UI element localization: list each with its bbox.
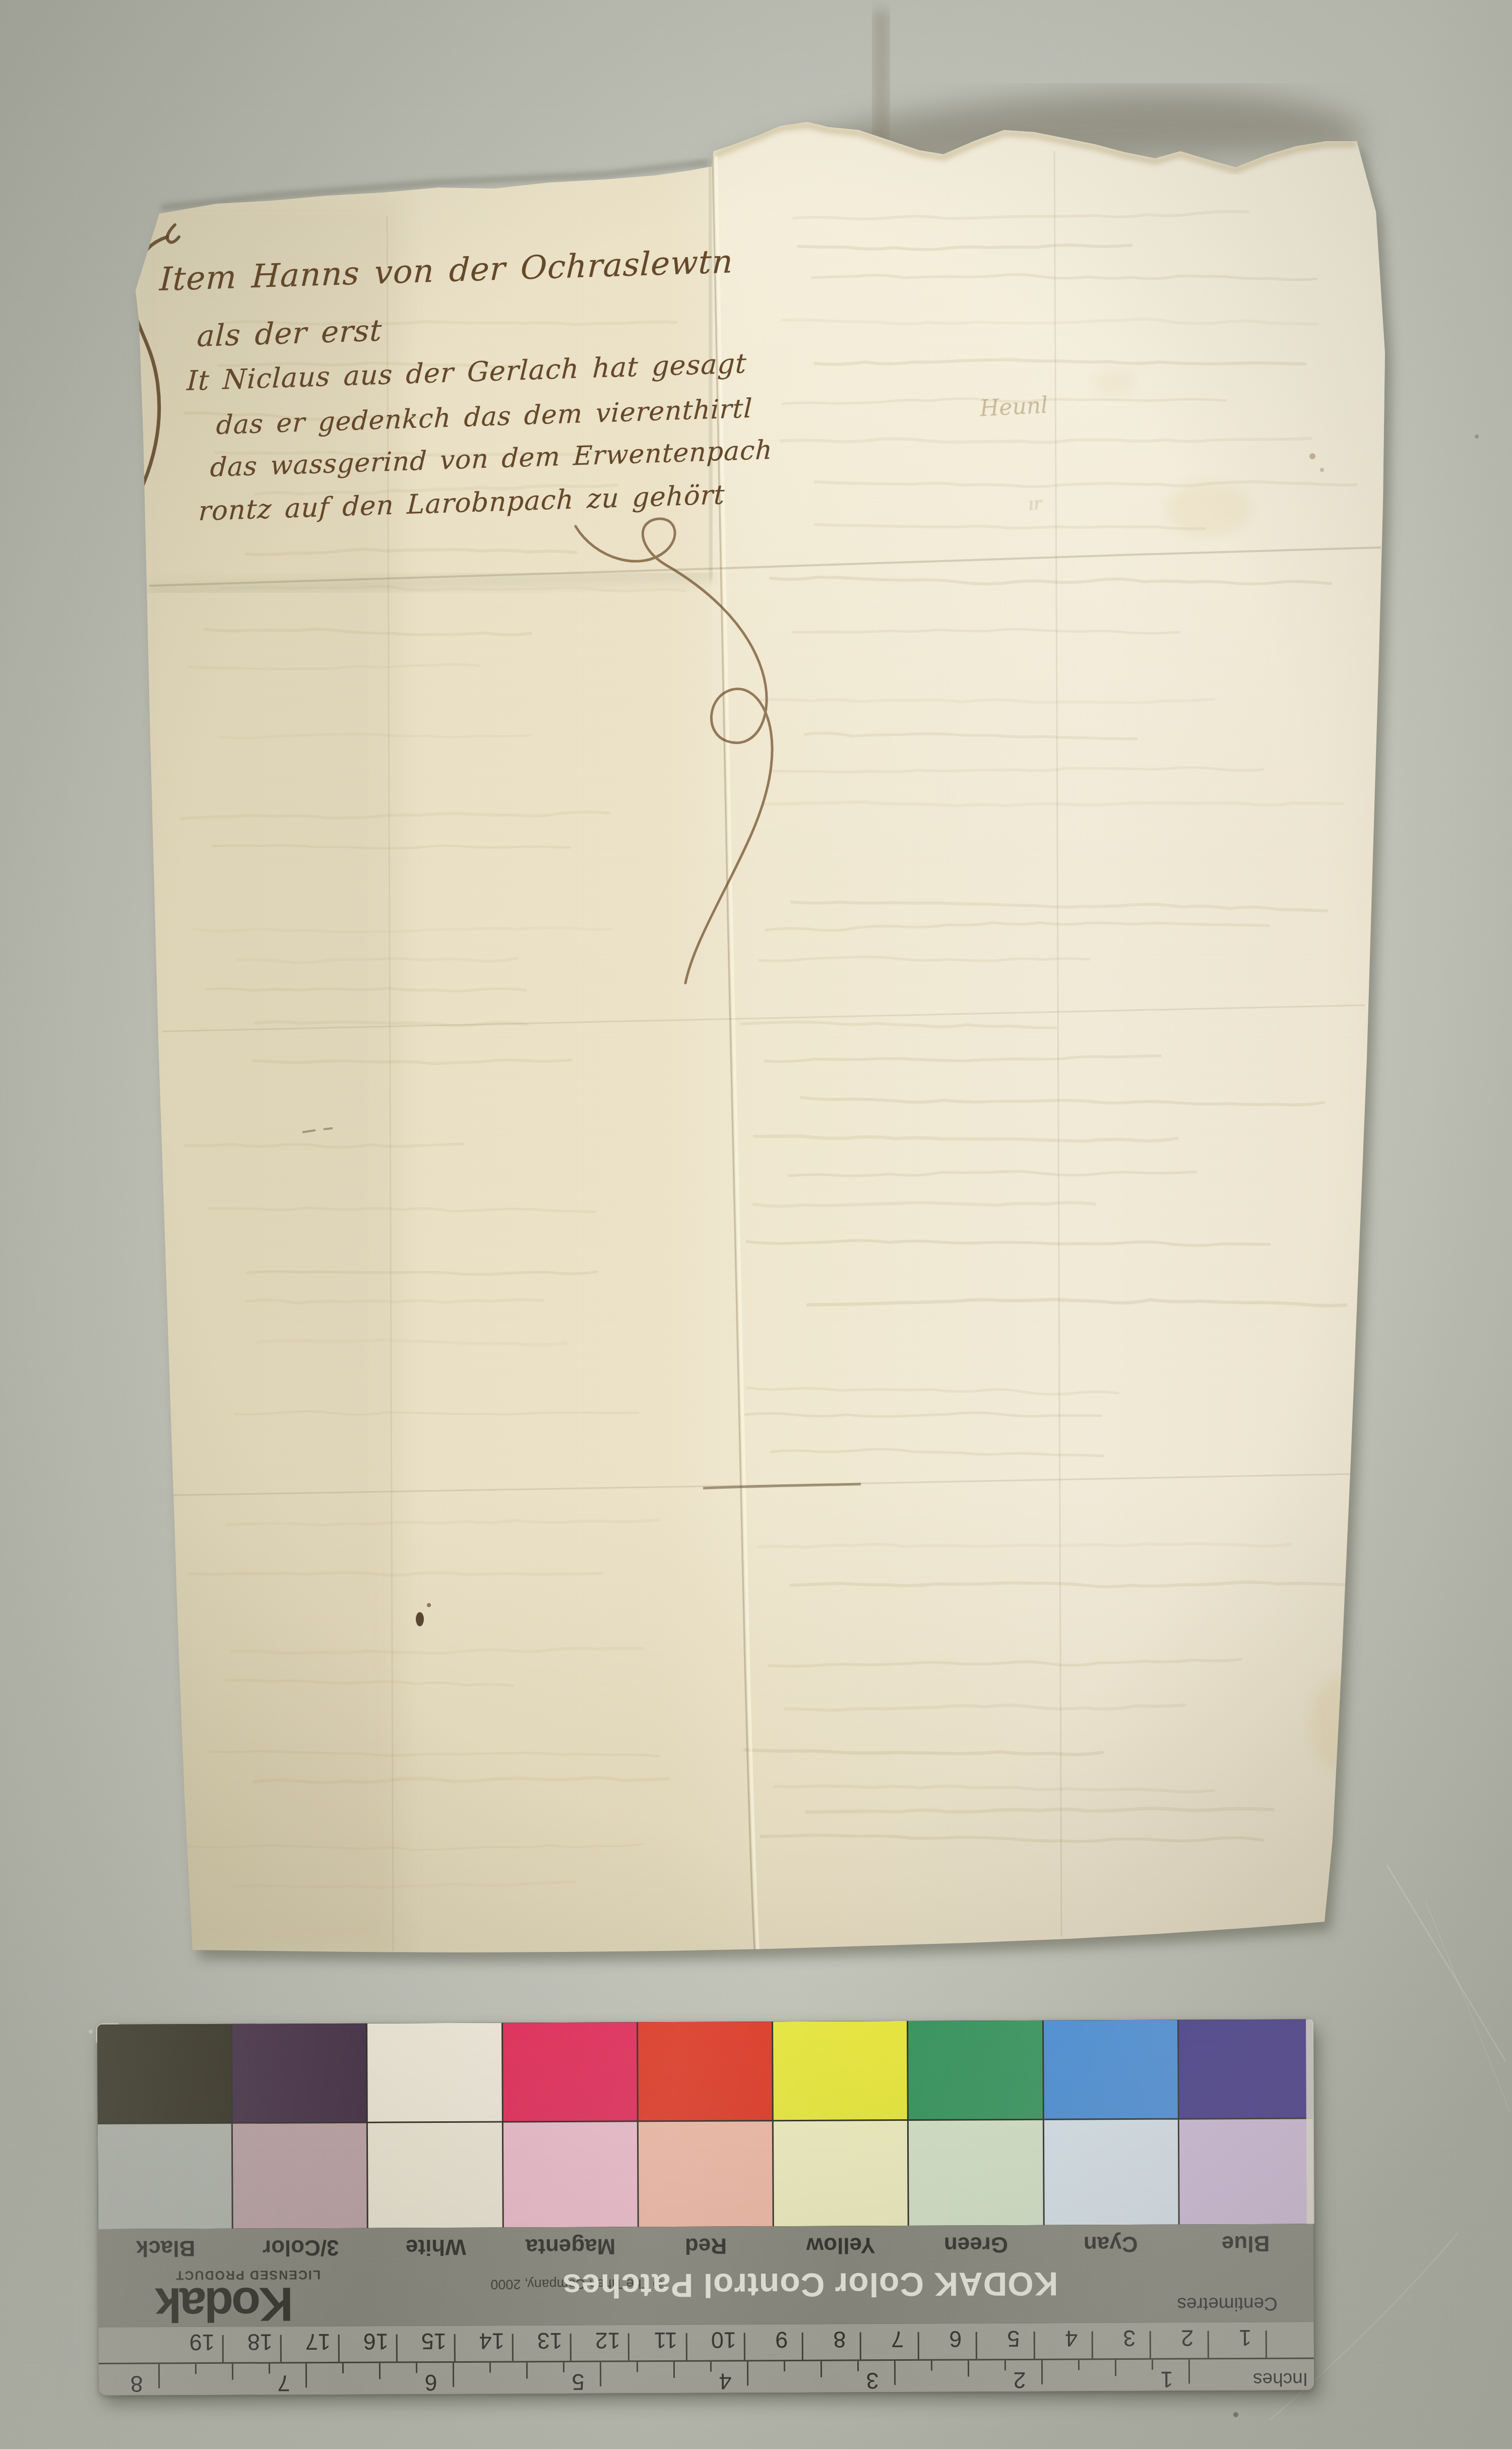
inch-number-1: 1: [1160, 2366, 1173, 2393]
patch-full-Green: [908, 2021, 1042, 2119]
patch-label-Black: Black: [98, 2230, 233, 2266]
inch-tick: [158, 2364, 160, 2388]
inch-tick: [1188, 2360, 1190, 2384]
inch-tick: [526, 2362, 528, 2378]
cm-number-2: 2: [1181, 2325, 1193, 2351]
cm-number-19: 19: [190, 2329, 215, 2355]
cm-number-13: 13: [537, 2328, 562, 2354]
patch-full-Blue: [1179, 2019, 1313, 2118]
cm-number-15: 15: [421, 2328, 447, 2354]
patch-grid: [97, 2019, 1313, 2229]
inch-tick: [195, 2364, 197, 2374]
patch-tint-Black: [98, 2124, 232, 2229]
centimetres-label: Centimetres: [1177, 2293, 1278, 2315]
cm-tick-17: [338, 2335, 340, 2362]
inch-tick: [931, 2361, 932, 2371]
inch-number-3: 3: [866, 2367, 878, 2394]
cm-tick-15: [454, 2334, 456, 2361]
patch-tint-Green: [909, 2120, 1043, 2226]
faint-verso-note-2: ır: [1028, 494, 1043, 515]
inch-tick: [342, 2363, 344, 2373]
inch-tick: [232, 2364, 233, 2380]
cm-tick-11: [686, 2333, 687, 2360]
patch-tint-Magenta: [503, 2122, 638, 2227]
patch-full-Red: [638, 2022, 772, 2120]
archival-photo-stage: Item Hanns von der Ochraslewtn als der e…: [0, 0, 1512, 2449]
inch-tick: [305, 2363, 307, 2387]
inch-tick: [379, 2363, 381, 2379]
patch-label-3/Color: 3/Color: [233, 2230, 368, 2266]
patch-label-Green: Green: [908, 2227, 1043, 2262]
dust-speck-1: [1475, 435, 1479, 439]
inch-tick: [1115, 2360, 1116, 2376]
cm-tick-8: [860, 2332, 861, 2359]
backdrop-scratch-2: [1425, 1901, 1510, 2112]
inch-number-8: 8: [130, 2371, 143, 2397]
inch-tick: [747, 2361, 748, 2385]
inch-tick: [1078, 2360, 1080, 2370]
inch-tick: [637, 2362, 638, 2372]
dust-speck-2: [1233, 2412, 1238, 2417]
patch-full-Cyan: [1044, 2020, 1178, 2119]
cm-tick-9: [802, 2333, 803, 2360]
cm-tick-4: [1092, 2331, 1093, 2358]
patch-full-White: [367, 2023, 501, 2122]
inch-number-4: 4: [719, 2368, 731, 2395]
cm-number-7: 7: [891, 2326, 904, 2352]
inch-tick: [673, 2362, 675, 2378]
inch-tick: [489, 2363, 491, 2373]
ink-fleck-small: [427, 1603, 431, 1607]
ink-fleck: [416, 1612, 424, 1626]
cm-tick-12: [628, 2333, 629, 2360]
cm-tick-10: [744, 2333, 745, 2360]
paper-highlight: [712, 121, 1392, 877]
cm-tick-13: [570, 2334, 572, 2361]
cm-number-14: 14: [479, 2328, 505, 2354]
inch-tick: [563, 2362, 564, 2372]
inch-number-5: 5: [572, 2369, 584, 2395]
cm-tick-1: [1266, 2331, 1267, 2358]
patch-tint-Cyan: [1044, 2120, 1178, 2225]
patch-label-Red: Red: [638, 2228, 773, 2263]
inch-tick: [710, 2362, 712, 2372]
cm-tick-14: [512, 2334, 514, 2361]
inch-number-2: 2: [1013, 2367, 1026, 2393]
inch-tick: [1152, 2360, 1153, 2370]
cm-number-1: 1: [1239, 2324, 1251, 2351]
patch-tint-3/Color: [233, 2123, 367, 2229]
patch-label-row: Black3/ColorWhiteMagentaRedYellowGreenCy…: [98, 2225, 1313, 2266]
inch-tick: [821, 2361, 822, 2377]
dust-speck-3: [89, 2030, 93, 2034]
patch-tint-Red: [639, 2121, 773, 2227]
patch-label-White: White: [368, 2229, 503, 2264]
patch-label-Yellow: Yellow: [773, 2227, 908, 2263]
cm-tick-16: [396, 2334, 398, 2361]
rust-dot-1: [1309, 453, 1315, 459]
patch-full-Magenta: [503, 2022, 637, 2121]
patch-row-tint: [98, 2119, 1313, 2229]
inch-tick: [857, 2361, 859, 2371]
cm-number-6: 6: [949, 2326, 962, 2352]
patch-tint-Yellow: [774, 2121, 908, 2226]
cm-number-12: 12: [595, 2327, 620, 2353]
brand-band: LICENSED PRODUCT Kodak © The Tiffen Comp…: [98, 2260, 1314, 2326]
kodak-logo: Kodak: [157, 2276, 293, 2332]
patch-full-Yellow: [773, 2021, 907, 2120]
inch-tick: [1041, 2360, 1043, 2384]
inches-label: Inches: [1253, 2369, 1308, 2390]
patch-tint-White: [368, 2123, 502, 2228]
cm-tick-6: [976, 2332, 977, 2359]
cm-number-16: 16: [363, 2328, 389, 2354]
inch-number-6: 6: [424, 2369, 437, 2396]
inch-tick: [269, 2364, 270, 2374]
kodak-color-control-strip: Black3/ColorWhiteMagentaRedYellowGreenCy…: [97, 2019, 1314, 2395]
cm-number-5: 5: [1007, 2325, 1020, 2352]
patch-label-Cyan: Cyan: [1043, 2226, 1178, 2262]
inch-tick: [968, 2360, 969, 2376]
cm-tick-3: [1150, 2331, 1151, 2358]
cm-number-4: 4: [1065, 2325, 1078, 2352]
patch-row-full: [97, 2019, 1313, 2123]
cm-tick-7: [918, 2332, 919, 2359]
cm-tick-2: [1208, 2331, 1209, 2358]
patch-full-3/Color: [232, 2024, 366, 2122]
inch-tick: [894, 2361, 896, 2385]
cm-number-9: 9: [775, 2326, 788, 2353]
rust-dot-2: [1320, 468, 1324, 472]
handwriting-line-2: als der erst: [196, 313, 383, 353]
cm-number-3: 3: [1123, 2325, 1136, 2351]
stain-yellow-3: [1093, 369, 1135, 397]
strip-title: KODAK Color Control Patches: [562, 2265, 1058, 2305]
inch-tick: [600, 2362, 601, 2386]
stain-yellow-1: [1167, 481, 1252, 537]
patch-label-Blue: Blue: [1178, 2225, 1313, 2261]
cm-number-10: 10: [711, 2326, 736, 2353]
faint-verso-note: Heunl: [979, 392, 1049, 421]
inch-tick: [784, 2361, 785, 2371]
inch-tick: [453, 2363, 454, 2387]
patch-tint-Blue: [1179, 2119, 1313, 2224]
cm-tick-18: [280, 2335, 282, 2362]
cm-tick-5: [1034, 2332, 1035, 2359]
cm-number-8: 8: [833, 2326, 846, 2353]
ruler: 19181716151413121110987654321 87654321 I…: [99, 2321, 1314, 2396]
backdrop-scratch-1: [1387, 1865, 1506, 2062]
inch-tick: [416, 2363, 417, 2373]
inch-tick: [1004, 2360, 1006, 2370]
cm-number-17: 17: [305, 2329, 331, 2355]
cm-number-11: 11: [654, 2327, 677, 2353]
cm-number-18: 18: [247, 2329, 273, 2355]
patch-full-Black: [97, 2024, 231, 2123]
inch-number-7: 7: [277, 2370, 290, 2396]
cm-tick-19: [222, 2335, 224, 2362]
patch-label-Magenta: Magenta: [503, 2228, 638, 2264]
